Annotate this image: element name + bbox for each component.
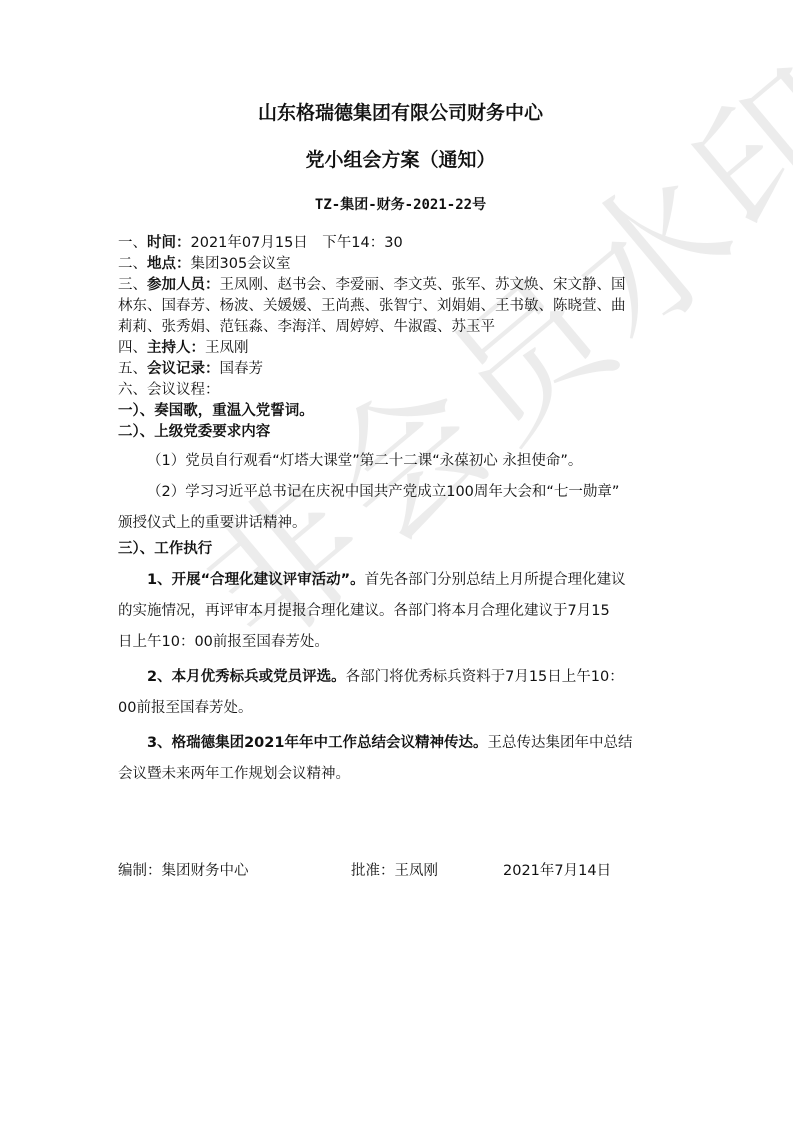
attendees-line-2: 林东、国春芳、杨波、关媛媛、王尚燕、张智宁、刘娟娟、王书敏、陈晓萱、曲 bbox=[118, 296, 683, 317]
company-title: 山东格瑞德集团有限公司财务中心 bbox=[118, 98, 683, 125]
document-date: 2021年7月14日 bbox=[503, 859, 611, 880]
item-prefix: 三、 bbox=[118, 277, 147, 293]
item-attendees: 三、参加人员：王凤刚、赵书会、李爱丽、李文英、张军、苏文焕、宋文静、国 bbox=[118, 275, 683, 296]
agenda-section-3-heading: 三）、工作执行 bbox=[118, 539, 683, 560]
item-label: 会议记录： bbox=[147, 361, 220, 377]
approved-by: 批准：王凤刚 bbox=[351, 859, 438, 880]
agenda-section-1: 一）、奏国歌，重温入党誓词。 bbox=[118, 401, 683, 422]
document-page: 非会员水印 山东格瑞德集团有限公司财务中心 党小组会方案（通知） TZ-集团-财… bbox=[0, 0, 793, 1122]
task-2-title: 2、本月优秀标兵或党员评选。 bbox=[147, 669, 346, 685]
task-3-line-1: 3、格瑞德集团2021年年中工作总结会议精神传达。王总传达集团年中总结 bbox=[118, 728, 683, 759]
attendees-line-3: 莉莉、张秀娟、范钰淼、李海洋、周婷婷、牛淑霞、苏玉平 bbox=[118, 317, 683, 338]
document-number: TZ-集团-财务-2021-22号 bbox=[118, 194, 683, 214]
task-3-text: 王总传达集团年中总结 bbox=[487, 735, 632, 751]
agenda-section-2-heading: 二）、上级党委要求内容 bbox=[118, 422, 683, 443]
item-value: 国春芳 bbox=[220, 361, 264, 377]
task-3-title: 3、格瑞德集团2021年年中工作总结会议精神传达。 bbox=[147, 735, 487, 751]
task-2-line-2: 00前报至国春芳处。 bbox=[118, 693, 683, 724]
attendees-line-1: 王凤刚、赵书会、李爱丽、李文英、张军、苏文焕、宋文静、国 bbox=[220, 277, 626, 293]
task-2-text: 各部门将优秀标兵资料于7月15日上午10： bbox=[346, 669, 624, 685]
item-label: 时间： bbox=[147, 235, 191, 251]
item-label: 主持人： bbox=[147, 340, 205, 356]
document-title: 党小组会方案（通知） bbox=[118, 145, 683, 172]
agenda-point-2-line-1: （2）学习习近平总书记在庆祝中国共产党成立100周年大会和“七一勋章” bbox=[118, 477, 683, 508]
item-value: 王凤刚 bbox=[205, 340, 249, 356]
item-value: 2021年07月15日 下午14：30 bbox=[191, 235, 403, 251]
item-place: 二、地点：集团305会议室 bbox=[118, 254, 683, 275]
item-label: 地点： bbox=[147, 256, 191, 272]
task-1-text: 首先各部门分别总结上月所提合理化建议 bbox=[365, 572, 626, 588]
task-1-title: 1、开展“合理化建议评审活动”。 bbox=[147, 572, 365, 588]
agenda-point-2-line-2: 颁授仪式上的重要讲话精神。 bbox=[118, 508, 683, 539]
task-3-line-2: 会议暨未来两年工作规划会议精神。 bbox=[118, 759, 683, 790]
compiled-by: 编制：集团财务中心 bbox=[118, 859, 249, 880]
item-prefix: 六、 bbox=[118, 382, 147, 398]
task-2-line-1: 2、本月优秀标兵或党员评选。各部门将优秀标兵资料于7月15日上午10： bbox=[118, 662, 683, 693]
item-host: 四、主持人：王凤刚 bbox=[118, 338, 683, 359]
item-time: 一、时间：2021年07月15日 下午14：30 bbox=[118, 233, 683, 254]
task-1-line-1: 1、开展“合理化建议评审活动”。首先各部门分别总结上月所提合理化建议 bbox=[118, 565, 683, 596]
item-prefix: 四、 bbox=[118, 340, 147, 356]
item-recorder: 五、会议记录：国春芳 bbox=[118, 359, 683, 380]
task-1-line-3: 日上午10：00前报至国春芳处。 bbox=[118, 627, 683, 658]
agenda-point-1: （1）党员自行观看“灯塔大课堂”第二十二课“永葆初心 永担使命”。 bbox=[118, 446, 683, 477]
item-prefix: 五、 bbox=[118, 361, 147, 377]
item-agenda: 六、会议议程： bbox=[118, 380, 683, 401]
item-prefix: 一、 bbox=[118, 235, 147, 251]
item-value: 集团305会议室 bbox=[191, 256, 291, 272]
task-1-line-2: 的实施情况，再评审本月提报合理化建议。各部门将本月合理化建议于7月15 bbox=[118, 596, 683, 627]
item-label: 会议议程： bbox=[147, 382, 220, 398]
item-prefix: 二、 bbox=[118, 256, 147, 272]
item-label: 参加人员： bbox=[147, 277, 220, 293]
